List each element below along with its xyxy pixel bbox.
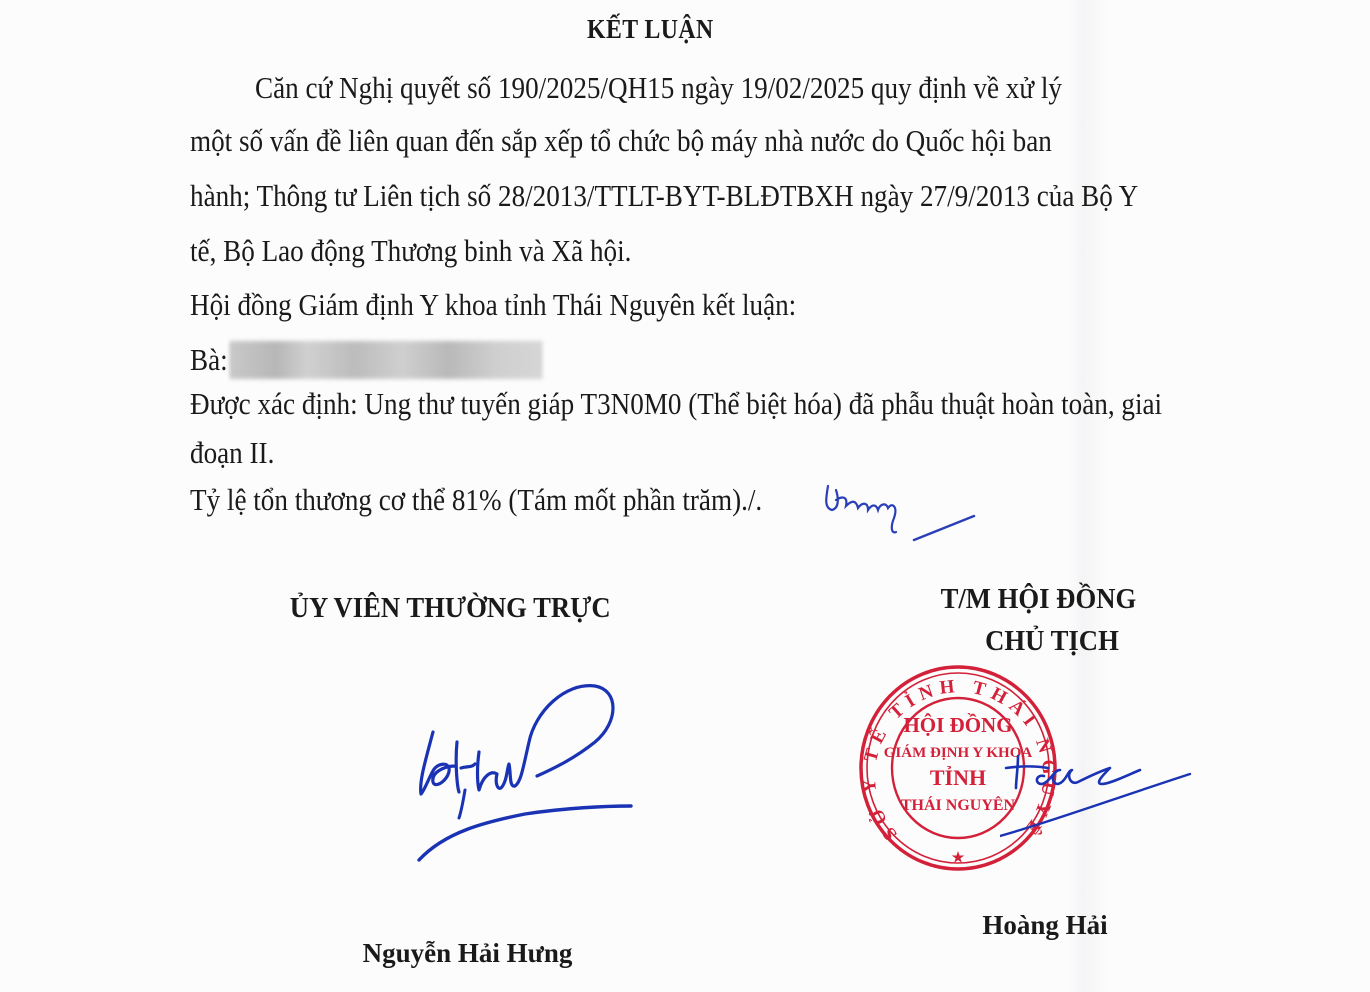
stamp-star-icon: ★ bbox=[952, 850, 965, 866]
right-signer-name: Hoàng Hải bbox=[960, 910, 1130, 941]
redacted-patient-name bbox=[229, 341, 542, 379]
injury-rate: Tỷ lệ tổn thương cơ thể 81% (Tám mốt phầ… bbox=[190, 484, 762, 515]
left-signature bbox=[405, 672, 645, 872]
right-signer-role-line1: T/M HỘI ĐỒNG bbox=[905, 583, 1172, 616]
document-title: KẾT LUẬN bbox=[0, 14, 1301, 45]
paragraph-line-4: tế, Bộ Lao động Thương binh và Xã hội. bbox=[190, 235, 631, 266]
paragraph-line-2: một số vấn đề liên quan đến sắp xếp tổ c… bbox=[190, 125, 1052, 156]
right-signer-role-line2: CHỦ TỊCH bbox=[960, 625, 1144, 658]
diagnosis-line-2: đoạn II. bbox=[190, 437, 274, 468]
paragraph-line-1: Căn cứ Nghị quyết số 190/2025/QH15 ngày … bbox=[255, 72, 1062, 103]
paragraph-line-3: hành; Thông tư Liên tịch số 28/2013/TTLT… bbox=[190, 180, 1138, 211]
stamp-line-4: THÁI NGUYÊN bbox=[901, 795, 1016, 814]
council-conclusion: Hội đồng Giám định Y khoa tỉnh Thái Nguy… bbox=[190, 289, 796, 320]
left-signer-name: Nguyễn Hải Hưng bbox=[335, 938, 600, 969]
patient-label: Bà: bbox=[190, 342, 228, 377]
stamp-line-3: TỈNH bbox=[930, 765, 986, 790]
left-signer-role: ỦY VIÊN THƯỜNG TRỰC bbox=[280, 592, 620, 625]
right-signature bbox=[1000, 740, 1200, 840]
stamp-line-1: HỘI ĐỒNG bbox=[903, 713, 1012, 737]
initials-signature bbox=[818, 478, 978, 548]
diagnosis-line-1: Được xác định: Ung thư tuyến giáp T3N0M0… bbox=[190, 388, 1162, 419]
patient-line: Bà: bbox=[190, 341, 543, 379]
document-page: KẾT LUẬN Căn cứ Nghị quyết số 190/2025/Q… bbox=[0, 0, 1370, 992]
